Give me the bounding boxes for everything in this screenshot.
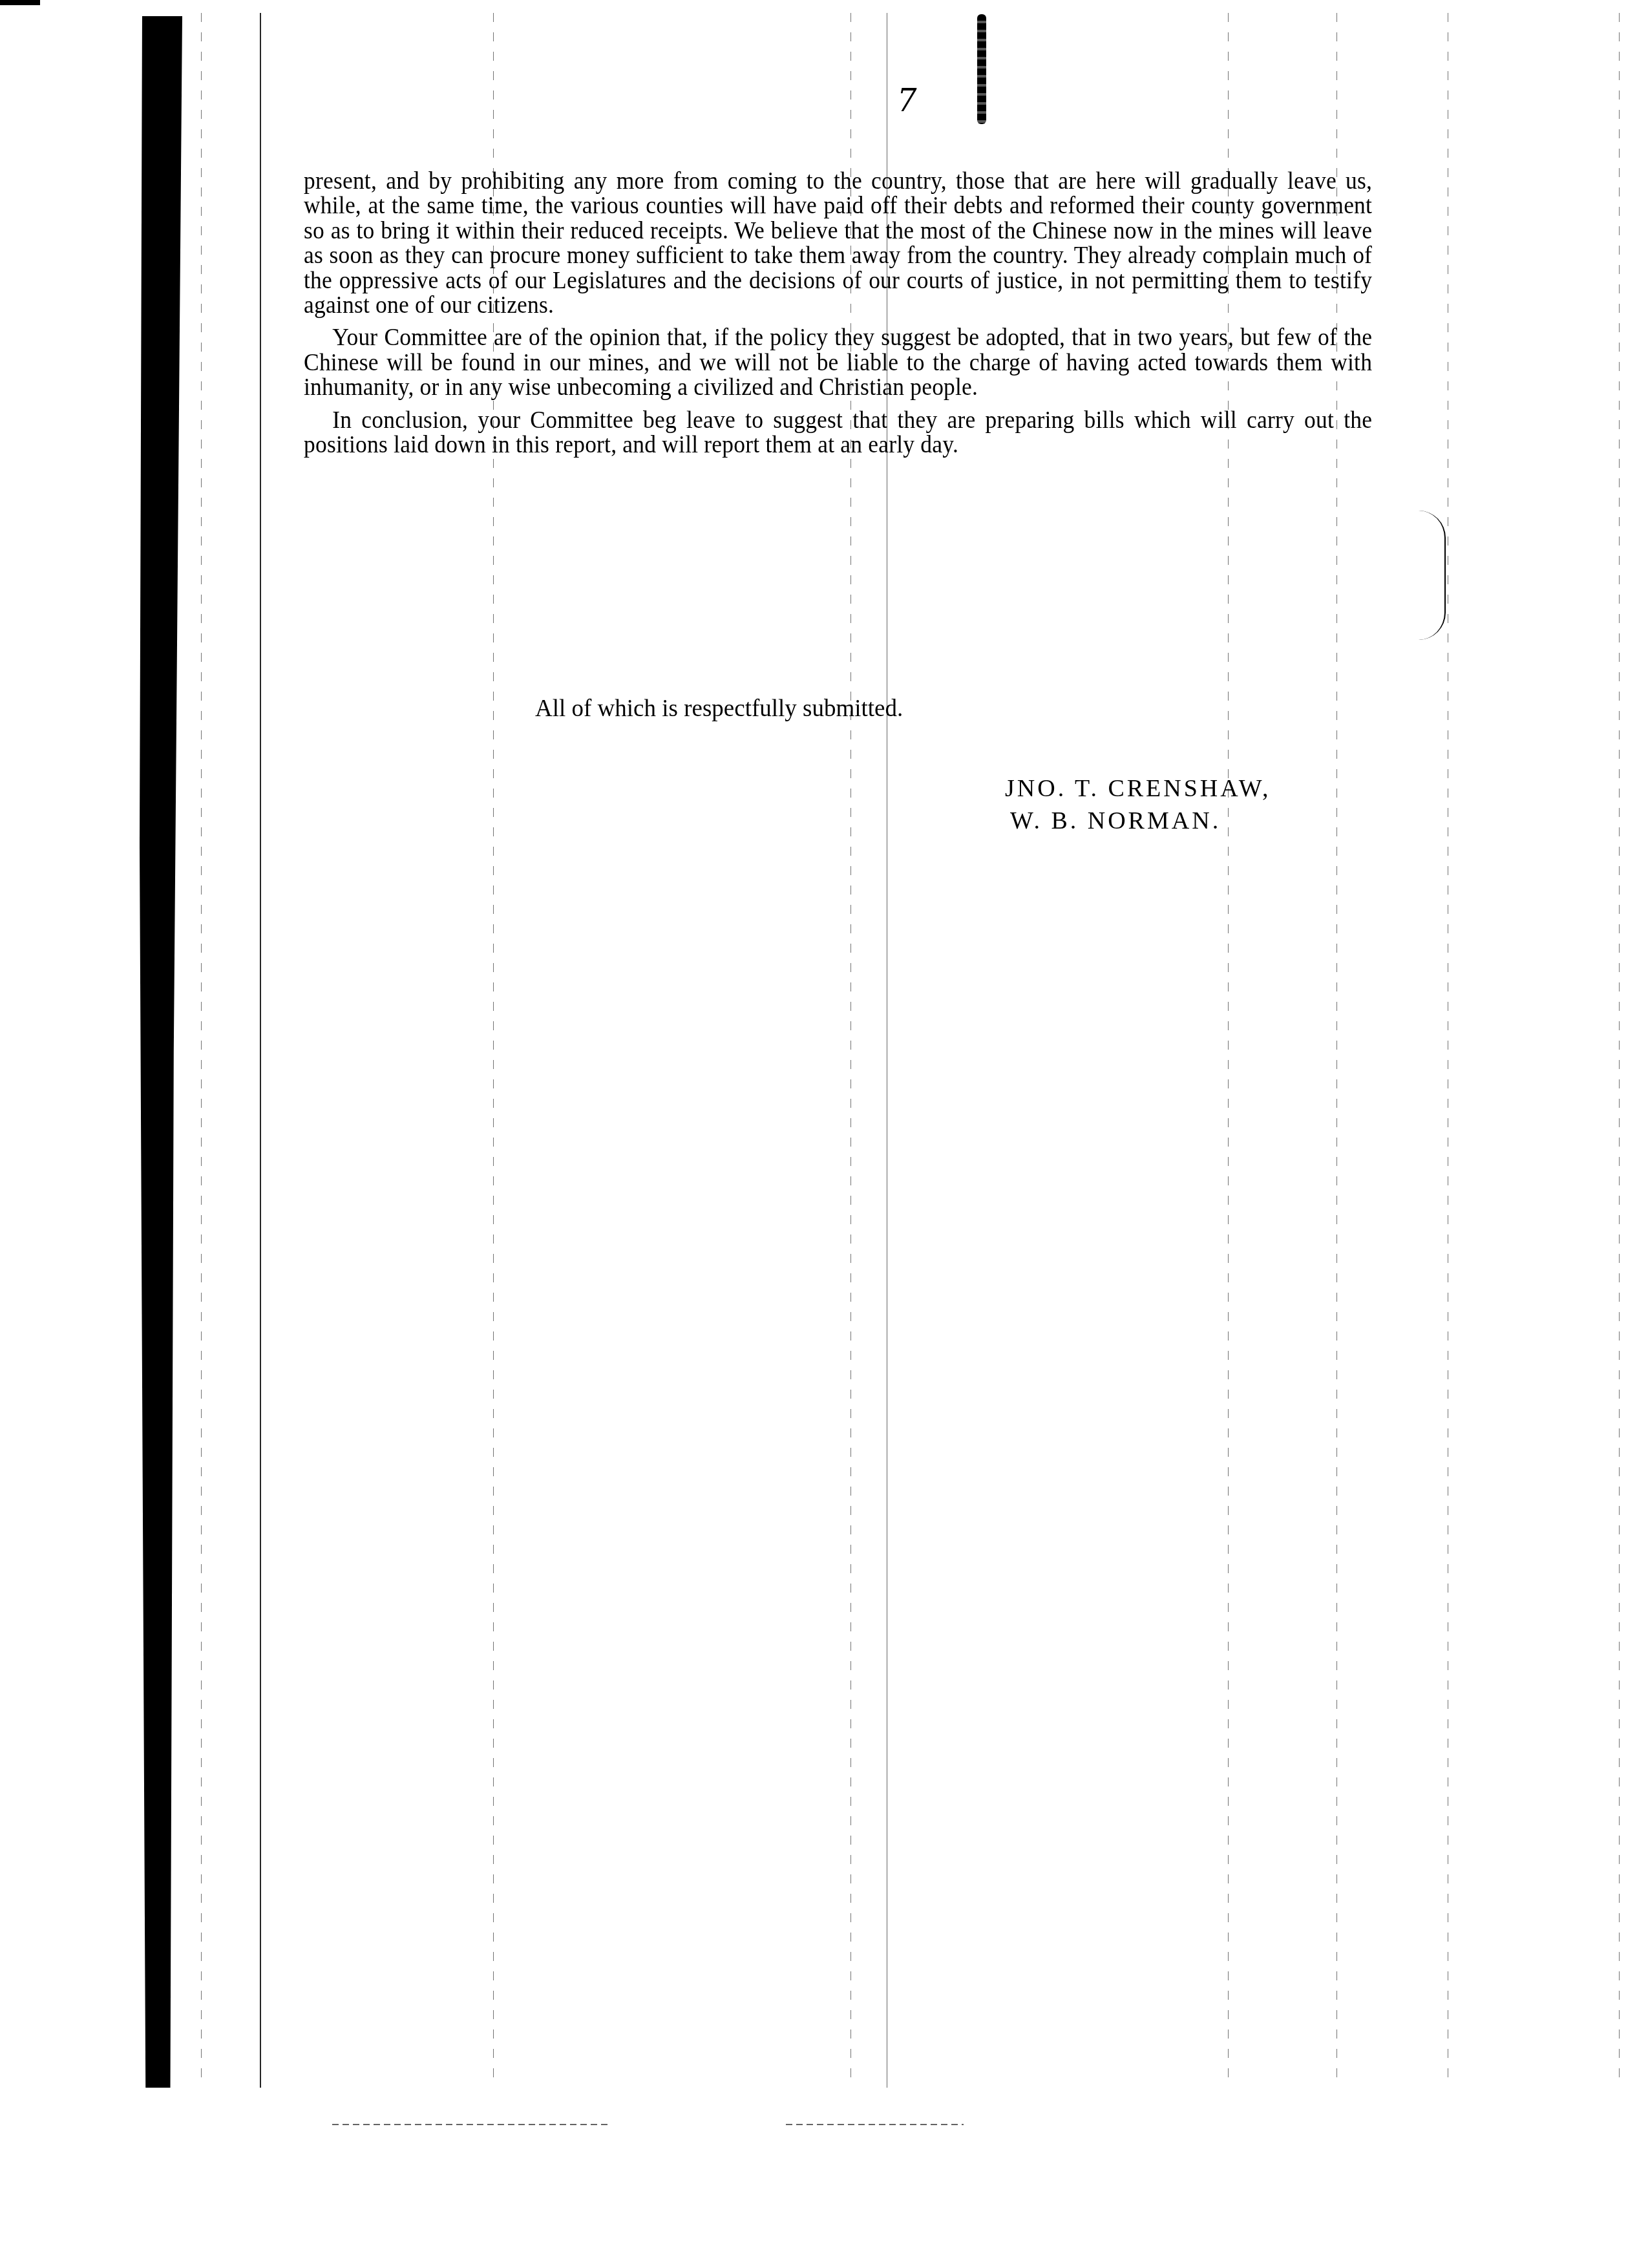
body-text: present, and by prohibiting any more fro…	[304, 169, 1372, 465]
handwritten-bracket	[1419, 511, 1446, 640]
paragraph-opinion: Your Committee are of the opinion that, …	[304, 326, 1372, 400]
binding-shadow-bar	[140, 16, 182, 2088]
scanned-page: 7 present, and by prohibiting any more f…	[0, 0, 1648, 2268]
scan-vertical-rule	[1448, 13, 1448, 2088]
closing-line: All of which is respectfully submitted.	[535, 695, 903, 723]
signature-block: JNO. T. CRENSHAW, W. B. NORMAN.	[1005, 772, 1271, 837]
signature-norman: W. B. NORMAN.	[1010, 805, 1271, 837]
stamp-mark	[977, 14, 986, 124]
paragraph-conclusion: In conclusion, your Committee beg leave …	[304, 408, 1372, 458]
paragraph-continuation: present, and by prohibiting any more fro…	[304, 169, 1372, 318]
scan-horizontal-dash	[786, 2124, 964, 2125]
scan-vertical-rule	[201, 13, 202, 2088]
scan-horizontal-dash	[332, 2124, 610, 2125]
page-number: 7	[897, 83, 917, 119]
scan-vertical-rule	[260, 13, 261, 2088]
scan-corner-mark	[0, 0, 40, 5]
signature-crenshaw: JNO. T. CRENSHAW,	[1005, 772, 1271, 805]
scan-vertical-rule	[1619, 13, 1620, 2088]
